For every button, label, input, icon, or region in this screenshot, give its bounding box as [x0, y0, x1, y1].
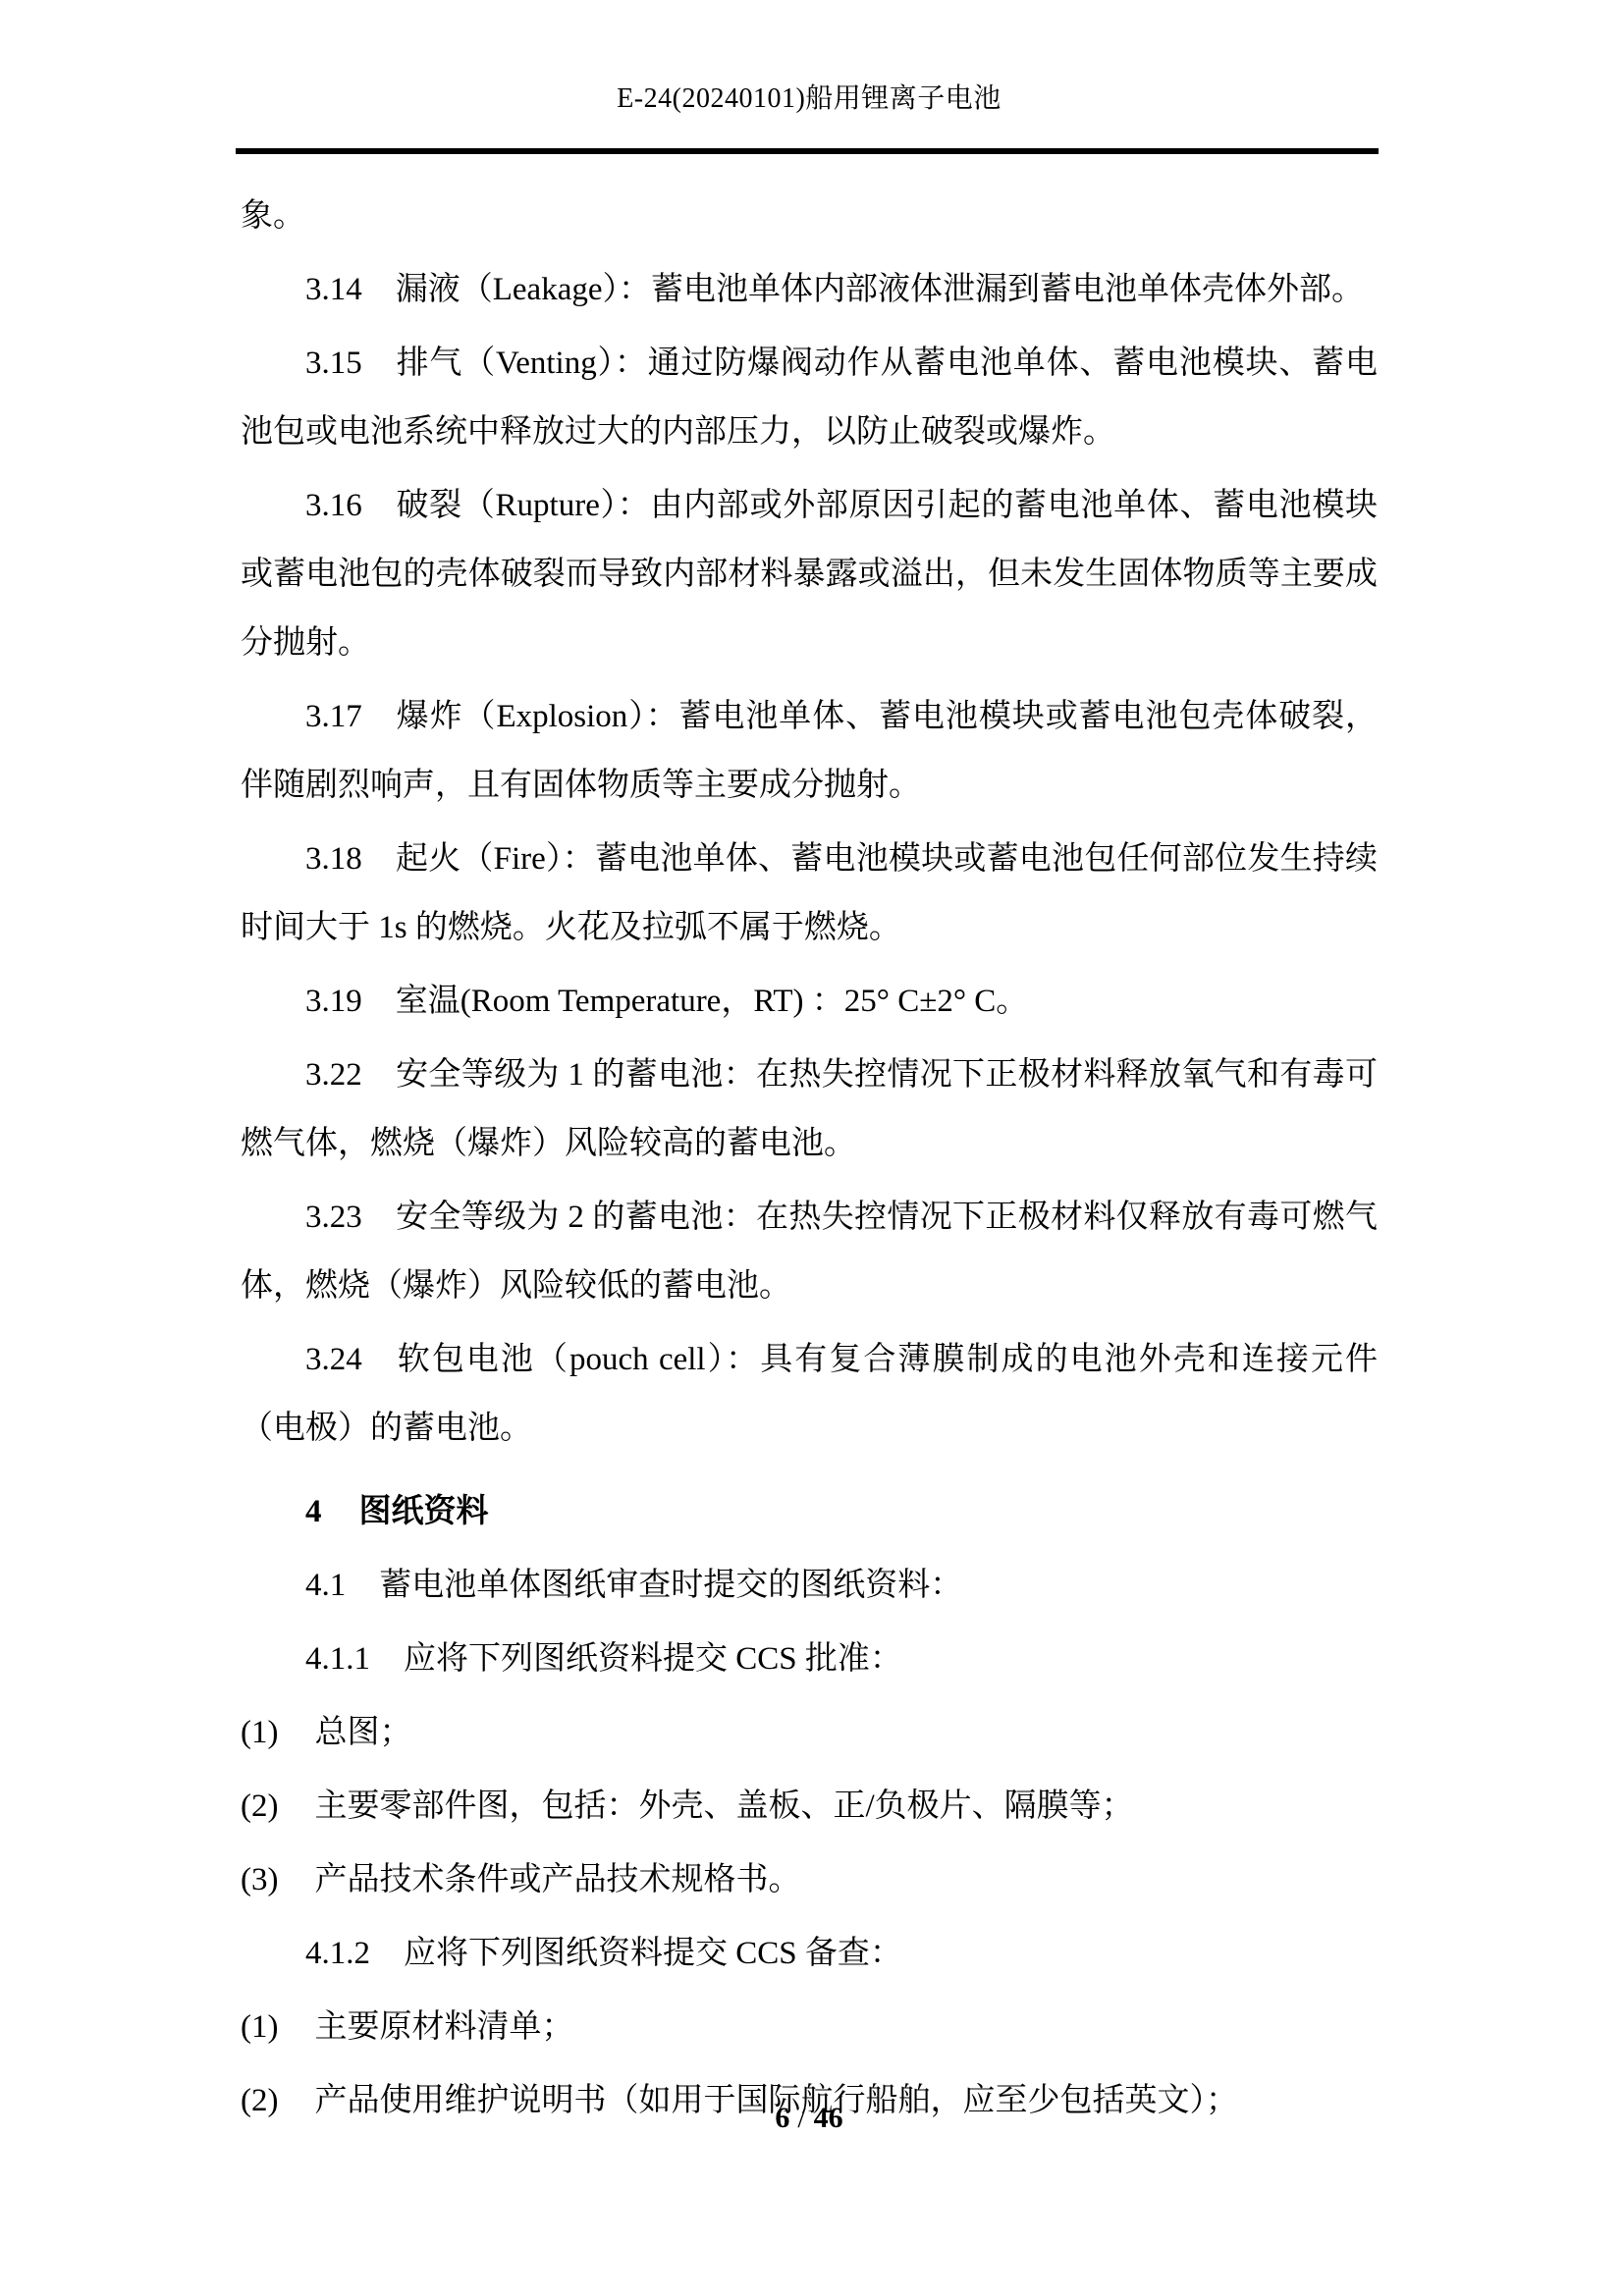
clause-text: 破裂（Rupture）：由内部或外部原因引起的蓄电池单体、蓄电池模块或蓄电池包的…: [241, 488, 1378, 661]
carryover-paragraph: 象。: [241, 182, 1378, 250]
list-item-number: (3): [241, 1845, 278, 1914]
clause-3-15: 3.15排气（Venting）：通过防爆阀动作从蓄电池单体、蓄电池模块、蓄电池包…: [241, 329, 1378, 466]
clause-text: 漏液（Leakage）：蓄电池单体内部液体泄漏到蓄电池单体壳体外部。: [396, 272, 1364, 307]
clause-3-16: 3.16破裂（Rupture）：由内部或外部原因引起的蓄电池单体、蓄电池模块或蓄…: [241, 471, 1378, 677]
list-item-text: 产品技术条件或产品技术规格书。: [314, 1862, 800, 1897]
clause-text: 起火（Fire）：蓄电池单体、蓄电池模块或蓄电池包任何部位发生持续时间大于 1s…: [241, 841, 1378, 945]
clause-text: 安全等级为 1 的蓄电池：在热失控情况下正极材料释放氧气和有毒可燃气体，燃烧（爆…: [241, 1057, 1378, 1161]
section-number: 4: [305, 1477, 322, 1546]
list-item-text: 主要原材料清单；: [314, 2009, 573, 2045]
clause-text: 排气（Venting）：通过防爆阀动作从蓄电池单体、蓄电池模块、蓄电池包或电池系…: [241, 346, 1378, 450]
list-item-number: (1): [241, 1698, 278, 1767]
clause-number: 4.1.1: [305, 1625, 370, 1693]
clause-3-18: 3.18起火（Fire）：蓄电池单体、蓄电池模块或蓄电池包任何部位发生持续时间大…: [241, 825, 1378, 962]
section-4-heading: 4图纸资料: [241, 1477, 1378, 1546]
clause-3-19: 3.19室温(Room Temperature，RT) ：25° C±2° C。: [241, 967, 1378, 1036]
list-item-4-1-1-2: (2)主要零部件图，包括：外壳、盖板、正/负极片、隔膜等；: [241, 1772, 1378, 1841]
clause-text: 爆炸（Explosion）：蓄电池单体、蓄电池模块或蓄电池包壳体破裂，伴随剧烈响…: [241, 699, 1378, 803]
page: E-24(20240101)船用锂离子电池 象。 3.14漏液（Leakage）…: [0, 0, 1624, 2296]
clause-number: 3.14: [305, 255, 362, 324]
header-rule: [236, 148, 1379, 154]
clause-3-22: 3.22安全等级为 1 的蓄电池：在热失控情况下正极材料释放氧气和有毒可燃气体，…: [241, 1041, 1378, 1178]
clause-text: 软包电池（pouch cell）：具有复合薄膜制成的电池外壳和连接元件（电极）的…: [241, 1342, 1378, 1446]
clause-3-17: 3.17爆炸（Explosion）：蓄电池单体、蓄电池模块或蓄电池包壳体破裂，伴…: [241, 682, 1378, 820]
list-item-4-1-1-1: (1)总图；: [241, 1698, 1378, 1767]
clause-number: 3.24: [305, 1325, 362, 1394]
clause-3-23: 3.23安全等级为 2 的蓄电池：在热失控情况下正极材料仅释放有毒可燃气体，燃烧…: [241, 1183, 1378, 1320]
document-body: 象。 3.14漏液（Leakage）：蓄电池单体内部液体泄漏到蓄电池单体壳体外部…: [241, 182, 1378, 2135]
list-item-number: (1): [241, 1993, 278, 2061]
page-footer: 6/46: [241, 2099, 1378, 2138]
page-header-title: E-24(20240101)船用锂离子电池: [241, 82, 1378, 116]
list-item-text: 主要零部件图，包括：外壳、盖板、正/负极片、隔膜等；: [314, 1789, 1133, 1824]
page-number-separator: /: [789, 2102, 813, 2134]
clause-number: 3.17: [305, 682, 362, 751]
clause-number: 3.23: [305, 1183, 362, 1252]
page-number-total: 46: [814, 2102, 843, 2134]
clause-3-14: 3.14漏液（Leakage）：蓄电池单体内部液体泄漏到蓄电池单体壳体外部。: [241, 255, 1378, 324]
clause-number: 3.22: [305, 1041, 362, 1109]
section-title: 图纸资料: [359, 1494, 489, 1529]
page-number-current: 6: [775, 2102, 789, 2134]
list-item-4-1-1-3: (3)产品技术条件或产品技术规格书。: [241, 1845, 1378, 1914]
clause-text: 室温(Room Temperature，RT) ：25° C±2° C。: [396, 984, 1029, 1019]
clause-number: 3.16: [305, 471, 362, 540]
clause-3-24: 3.24软包电池（pouch cell）：具有复合薄膜制成的电池外壳和连接元件（…: [241, 1325, 1378, 1463]
clause-text: 应将下列图纸资料提交 CCS 批准：: [404, 1641, 902, 1677]
document-page: { "header": { "title": "E-24(20240101)船用…: [0, 0, 1624, 2296]
clause-4-1-2: 4.1.2应将下列图纸资料提交 CCS 备查：: [241, 1919, 1378, 1988]
clause-4-1: 4.1蓄电池单体图纸审查时提交的图纸资料：: [241, 1551, 1378, 1620]
clause-number: 3.19: [305, 967, 362, 1036]
list-item-text: 总图；: [314, 1715, 411, 1750]
clause-text: 蓄电池单体图纸审查时提交的图纸资料：: [379, 1568, 962, 1603]
clause-number: 4.1.2: [305, 1919, 370, 1988]
clause-4-1-1: 4.1.1应将下列图纸资料提交 CCS 批准：: [241, 1625, 1378, 1693]
clause-number: 3.18: [305, 825, 362, 893]
list-item-4-1-2-1: (1)主要原材料清单；: [241, 1993, 1378, 2061]
clause-number: 4.1: [305, 1551, 346, 1620]
clause-number: 3.15: [305, 329, 362, 398]
list-item-number: (2): [241, 1772, 278, 1841]
clause-text: 安全等级为 2 的蓄电池：在热失控情况下正极材料仅释放有毒可燃气体，燃烧（爆炸）…: [241, 1200, 1378, 1304]
clause-text: 应将下列图纸资料提交 CCS 备查：: [404, 1936, 902, 1971]
